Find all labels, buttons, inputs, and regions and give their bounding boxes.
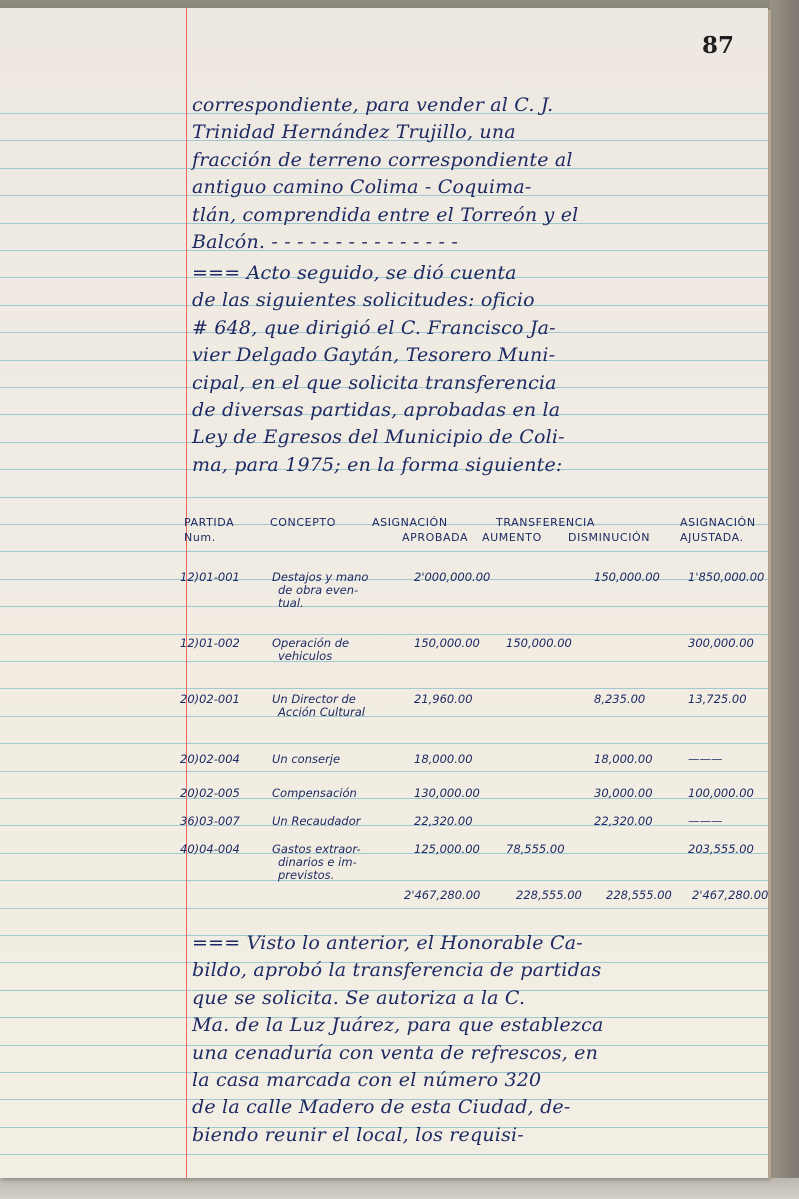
- paragraph-land-sale: correspondiente, para vender al C. J. Tr…: [192, 92, 752, 256]
- cell-concepto: Un Recaudador: [272, 814, 361, 828]
- cell-asignacion-ajustada: 13,725.00: [688, 692, 747, 706]
- header-aprobada: APROBADA: [402, 531, 468, 544]
- cell-asignacion-aprobada: 130,000.00: [414, 786, 480, 800]
- total-asignacion-ajustada: 2'467,280.00: [692, 888, 768, 902]
- text-line: de la calle Madero de esta Ciudad, de-: [192, 1094, 752, 1121]
- cell-concepto: dinarios e im-: [278, 855, 357, 869]
- cell-partida: 40)04-004: [180, 842, 240, 856]
- total-disminucion: 228,555.00: [606, 888, 672, 902]
- cell-concepto: previstos.: [278, 868, 334, 882]
- cell-concepto: de obra even-: [278, 583, 358, 597]
- cell-asignacion-aprobada: 2'000,000.00: [414, 570, 490, 584]
- paragraph-approval: === Visto lo anterior, el Honorable Ca- …: [192, 930, 752, 1149]
- cell-concepto: Un Director de: [272, 692, 356, 706]
- text-line: bildo, aprobó la transferencia de partid…: [192, 957, 752, 984]
- total-aumento: 228,555.00: [516, 888, 582, 902]
- cell-partida: 36)03-007: [180, 814, 240, 828]
- header-disminucion: DISMINUCIÓN: [568, 531, 650, 544]
- text-line: === Acto seguido, se dió cuenta: [192, 260, 752, 287]
- total-asignacion-aprobada: 2'467,280.00: [404, 888, 480, 902]
- text-line: cipal, en el que solicita transferencia: [192, 370, 752, 397]
- text-line: de diversas partidas, aprobadas en la: [192, 397, 752, 424]
- header-partida-num: Num.: [184, 531, 216, 544]
- cell-concepto: Operación de: [272, 636, 349, 650]
- cell-aumento: 150,000.00: [506, 636, 572, 650]
- header-aumento: AUMENTO: [482, 531, 542, 544]
- cell-partida: 20)02-004: [180, 752, 240, 766]
- ruled-line: [0, 497, 768, 498]
- cell-disminucion: 30,000.00: [594, 786, 653, 800]
- cell-disminucion: 150,000.00: [594, 570, 660, 584]
- cell-asignacion-ajustada: ———: [688, 814, 723, 828]
- budget-transfer-table: PARTIDA Num. CONCEPTO ASIGNACIÓN APROBAD…: [176, 516, 768, 916]
- cell-disminucion: 22,320.00: [594, 814, 653, 828]
- text-line: === Visto lo anterior, el Honorable Ca-: [192, 930, 752, 957]
- text-line: Ley de Egresos del Municipio de Coli-: [192, 424, 752, 451]
- text-line: que se solicita. Se autoriza a la C.: [192, 985, 752, 1012]
- cell-concepto: Gastos extraor-: [272, 842, 361, 856]
- header-asignacion: ASIGNACIÓN: [372, 516, 448, 529]
- paragraph-transfer-request: === Acto seguido, se dió cuenta de las s…: [192, 260, 752, 479]
- cell-disminucion: 18,000.00: [594, 752, 653, 766]
- cell-asignacion-ajustada: ———: [688, 752, 723, 766]
- text-line: la casa marcada con el número 320: [192, 1067, 752, 1094]
- cell-partida: 20)02-005: [180, 786, 240, 800]
- cell-partida: 12)01-001: [180, 570, 240, 584]
- text-line: de las siguientes solicitudes: oficio: [192, 287, 752, 314]
- background-surface-bottom: [0, 1178, 799, 1199]
- text-line: correspondiente, para vender al C. J.: [192, 92, 752, 119]
- header-partida: PARTIDA: [184, 516, 234, 529]
- cell-asignacion-aprobada: 18,000.00: [414, 752, 473, 766]
- cell-partida: 12)01-002: [180, 636, 240, 650]
- text-line: vier Delgado Gaytán, Tesorero Muni-: [192, 342, 752, 369]
- header-asignacion-ajustada: ASIGNACIÓN: [680, 516, 756, 529]
- cell-concepto: vehiculos: [278, 649, 332, 663]
- text-line: una cenaduría con venta de refrescos, en: [192, 1040, 752, 1067]
- cell-partida: 20)02-001: [180, 692, 240, 706]
- cell-disminucion: 8,235.00: [594, 692, 645, 706]
- cell-asignacion-ajustada: 203,555.00: [688, 842, 754, 856]
- cell-concepto: Acción Cultural: [278, 705, 365, 719]
- cell-asignacion-ajustada: 100,000.00: [688, 786, 754, 800]
- text-line: Balcón. - - - - - - - - - - - - - - -: [192, 229, 752, 256]
- cell-concepto: Un conserje: [272, 752, 340, 766]
- cell-concepto: tual.: [278, 596, 304, 610]
- cell-asignacion-ajustada: 300,000.00: [688, 636, 754, 650]
- text-line: tlán, comprendida entre el Torreón y el: [192, 202, 752, 229]
- header-concepto: CONCEPTO: [270, 516, 336, 529]
- text-line: biendo reunir el local, los requisi-: [192, 1122, 752, 1149]
- cell-asignacion-aprobada: 21,960.00: [414, 692, 473, 706]
- text-line: antiguo camino Colima - Coquima-: [192, 174, 752, 201]
- background-surface: [770, 0, 799, 1199]
- cell-concepto: Compensación: [272, 786, 357, 800]
- text-line: # 648, que dirigió el C. Francisco Ja-: [192, 315, 752, 342]
- cell-asignacion-aprobada: 22,320.00: [414, 814, 473, 828]
- ruled-line: [0, 1154, 768, 1155]
- cell-aumento: 78,555.00: [506, 842, 565, 856]
- text-line: Ma. de la Luz Juárez, para que establezc…: [192, 1012, 752, 1039]
- cell-asignacion-aprobada: 125,000.00: [414, 842, 480, 856]
- ledger-page: 87 correspondiente, para vender al C. J.…: [0, 8, 768, 1178]
- text-line: fracción de terreno correspondiente al: [192, 147, 752, 174]
- cell-concepto: Destajos y mano: [272, 570, 368, 584]
- cell-asignacion-ajustada: 1'850,000.00: [688, 570, 764, 584]
- header-ajustada: AJUSTADA.: [680, 531, 744, 544]
- cell-asignacion-aprobada: 150,000.00: [414, 636, 480, 650]
- text-line: ma, para 1975; en la forma siguiente:: [192, 452, 752, 479]
- page-number: 87: [702, 32, 734, 59]
- header-transferencia: TRANSFERENCIA: [496, 516, 595, 529]
- text-line: Trinidad Hernández Trujillo, una: [192, 119, 752, 146]
